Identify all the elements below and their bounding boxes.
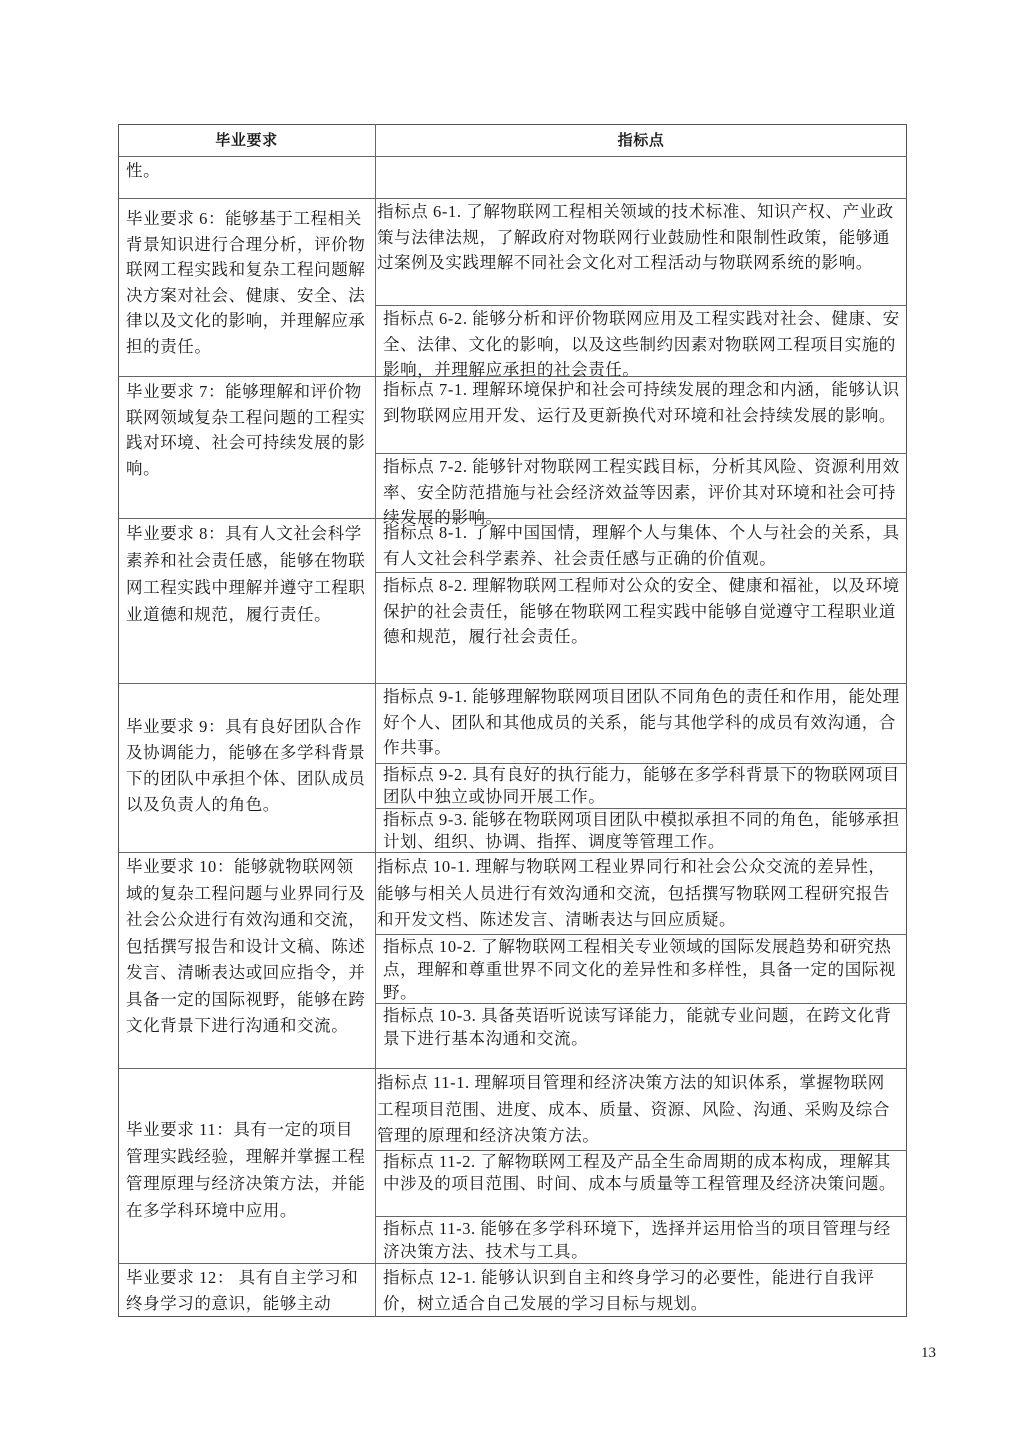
requirement-8: 毕业要求 8：具有人文社会科学素养和社会责任感，能够在物联网工程实践中理解并遵守…: [118, 520, 375, 628]
indicator-6-2: 指标点 6-2. 能够分析和评价物联网应用及工程实践对社会、健康、安全、法律、文…: [375, 306, 907, 383]
page-number: 13: [921, 1345, 936, 1362]
indicator-10-1: 指标点 10-1. 理解与物联网工程业界同行和社会公众交流的差异性，能够与相关人…: [375, 854, 907, 934]
indicator-12-1: 指标点 12-1. 能够认识到自主和终身学习的必要性，能进行自我评价，树立适合自…: [375, 1265, 907, 1316]
indicator-11-3: 指标点 11-3. 能够在多学科环境下，选择并运用恰当的项目管理与经济决策方法、…: [375, 1217, 907, 1263]
indicator-10-3: 指标点 10-3. 具备英语听说读写译能力，能就专业问题，在跨文化背景下进行基本…: [375, 1004, 907, 1050]
indicator-9-1: 指标点 9-1. 能够理解物联网项目团队不同角色的责任和作用，能处理好个人、团队…: [375, 684, 907, 761]
indicator-6-1: 指标点 6-1. 了解物联网工程相关领域的技术标准、知识产权、产业政策与法律法规…: [375, 199, 907, 276]
row-divider: [118, 1263, 907, 1264]
document-page: 毕业要求 指标点 性。 毕业要求 6：能够基于工程相关背景知识进行合理分析，评价…: [0, 0, 1024, 1447]
indicator-10-2: 指标点 10-2. 了解物联网工程相关专业领域的国际发展趋势和研究热点，理解和尊…: [375, 935, 907, 1004]
requirement-7: 毕业要求 7：能够理解和评价物联网领域复杂工程问题的工程实践对环境、社会可持续发…: [118, 379, 375, 481]
indicator-8-1: 指标点 8-1. 了解中国国情，理解个人与集体、个人与社会的关系，具有人文社会科…: [375, 520, 907, 571]
requirement-11: 毕业要求 11：具有一定的项目管理实践经验，理解并掌握工程管理原理与经济决策方法…: [118, 1116, 375, 1224]
requirement-continuation: 性。: [118, 158, 375, 184]
indicator-11-2: 指标点 11-2. 了解物联网工程及产品全生命周期的成本构成，理解其中涉及的项目…: [375, 1151, 907, 1195]
indicator-9-3: 指标点 9-3. 能够在物联网项目团队中模拟承担不同的角色，能够承担计划、组织、…: [375, 809, 907, 853]
header-indicator: 指标点: [375, 124, 907, 156]
requirement-12: 毕业要求 12： 具有自主学习和终身学习的意识，能够主动: [118, 1265, 375, 1316]
indicator-8-2: 指标点 8-2. 理解物联网工程师对公众的安全、健康和福祉，以及环境保护的社会责…: [375, 573, 907, 650]
row-divider: [118, 156, 907, 157]
indicator-7-1: 指标点 7-1. 理解环境保护和社会可持续发展的理念和内涵，能够认识到物联网应用…: [375, 377, 907, 428]
header-requirement: 毕业要求: [118, 124, 375, 156]
row-divider: [118, 1068, 907, 1069]
indicator-9-2: 指标点 9-2. 具有良好的执行能力，能够在多学科背景下的物联网项目团队中独立或…: [375, 764, 907, 808]
requirement-9: 毕业要求 9：具有良好团队合作及协调能力，能够在多学科背景下的团队中承担个体、团…: [118, 714, 375, 818]
requirement-6: 毕业要求 6：能够基于工程相关背景知识进行合理分析，评价物联网工程实践和复杂工程…: [118, 206, 375, 359]
indicator-11-1: 指标点 11-1. 理解项目管理和经济决策方法的知识体系，掌握物联网工程项目范围…: [375, 1070, 907, 1150]
requirement-10: 毕业要求 10：能够就物联网领域的复杂工程问题与业界同行及社会公众进行有效沟通和…: [118, 854, 375, 1040]
